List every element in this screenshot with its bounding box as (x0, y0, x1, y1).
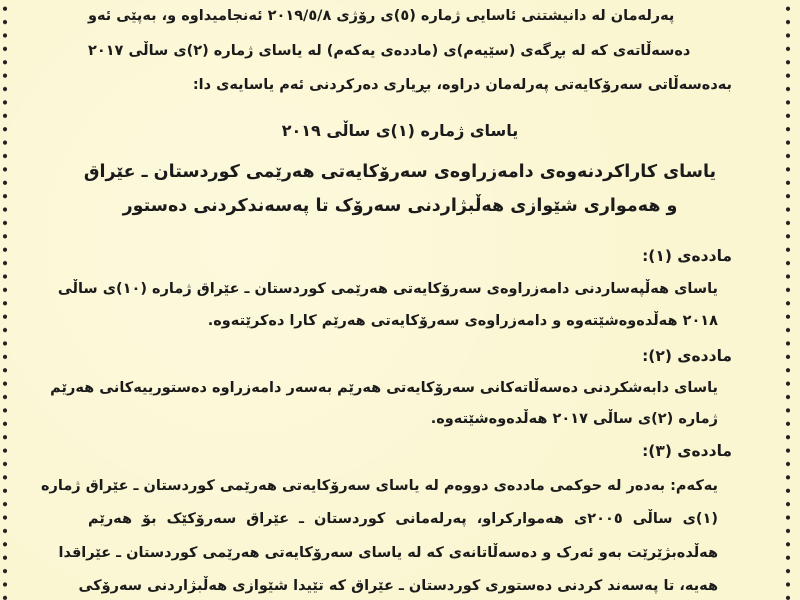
article-2-heading: ماددەی (٢): (642, 346, 732, 366)
article-1-line-1: یاسای هەڵپەساردنی دامەزراوەی سەرۆکایەتی … (80, 279, 718, 299)
article-3-line-2: (١)ی ساڵی ٢٠٠٥ی هەموارکراو، پەرلەمانی کو… (88, 509, 718, 529)
preamble-line-2: دەسەڵاتەی کە لە بڕگەی (سێیەم)ی (ماددەی ی… (88, 41, 690, 61)
law-title-line-1: یاسای کاراکردنەوەی دامەزراوەی سەرۆکایەتی… (0, 162, 800, 182)
left-dotted-border (2, 0, 8, 600)
article-3-heading: ماددەی (٣): (642, 441, 732, 461)
preamble-line-1: پەرلەمان لە دانیشتنی ئاسایی ژمارە (٥)ی ر… (88, 6, 674, 26)
article-3-line-1: یەکەم: بەدەر لە حوکمی ماددەی دووەم لە یا… (88, 476, 718, 496)
article-2-line-2: ژمارە (٢)ی ساڵی ٢٠١٧ هەڵدەوەشێتەوە. (431, 409, 718, 429)
preamble-line-3: بەدەسەڵاتی سەرۆکایەتی پەرلەمان دراوە، بڕ… (193, 75, 732, 95)
document-page: پەرلەمان لە دانیشتنی ئاسایی ژمارە (٥)ی ر… (0, 0, 800, 600)
article-1-heading: ماددەی (١): (642, 246, 732, 266)
right-dotted-border (785, 0, 791, 600)
article-1-line-2: ٢٠١٨ هەڵدەوەشێتەوە و دامەزراوەی سەرۆکایە… (208, 311, 718, 331)
article-2-line-1: یاسای دابەشکردنی دەسەڵاتەکانی سەرۆکایەتی… (80, 378, 718, 398)
law-number-title: یاسای ژمارە (١)ی ساڵی ٢٠١٩ (0, 121, 800, 141)
law-title-line-2: و هەمواری شێوازی هەڵبژاردنی سەرۆک تا پەس… (0, 196, 800, 216)
article-3-line-3: هەڵدەبژێرێت بەو ئەرک و دەسەڵاتانەی کە لە… (88, 543, 718, 563)
article-3-line-4: هەیە، تا پەسەند کردنی دەستوری کوردستان ـ… (88, 576, 718, 596)
